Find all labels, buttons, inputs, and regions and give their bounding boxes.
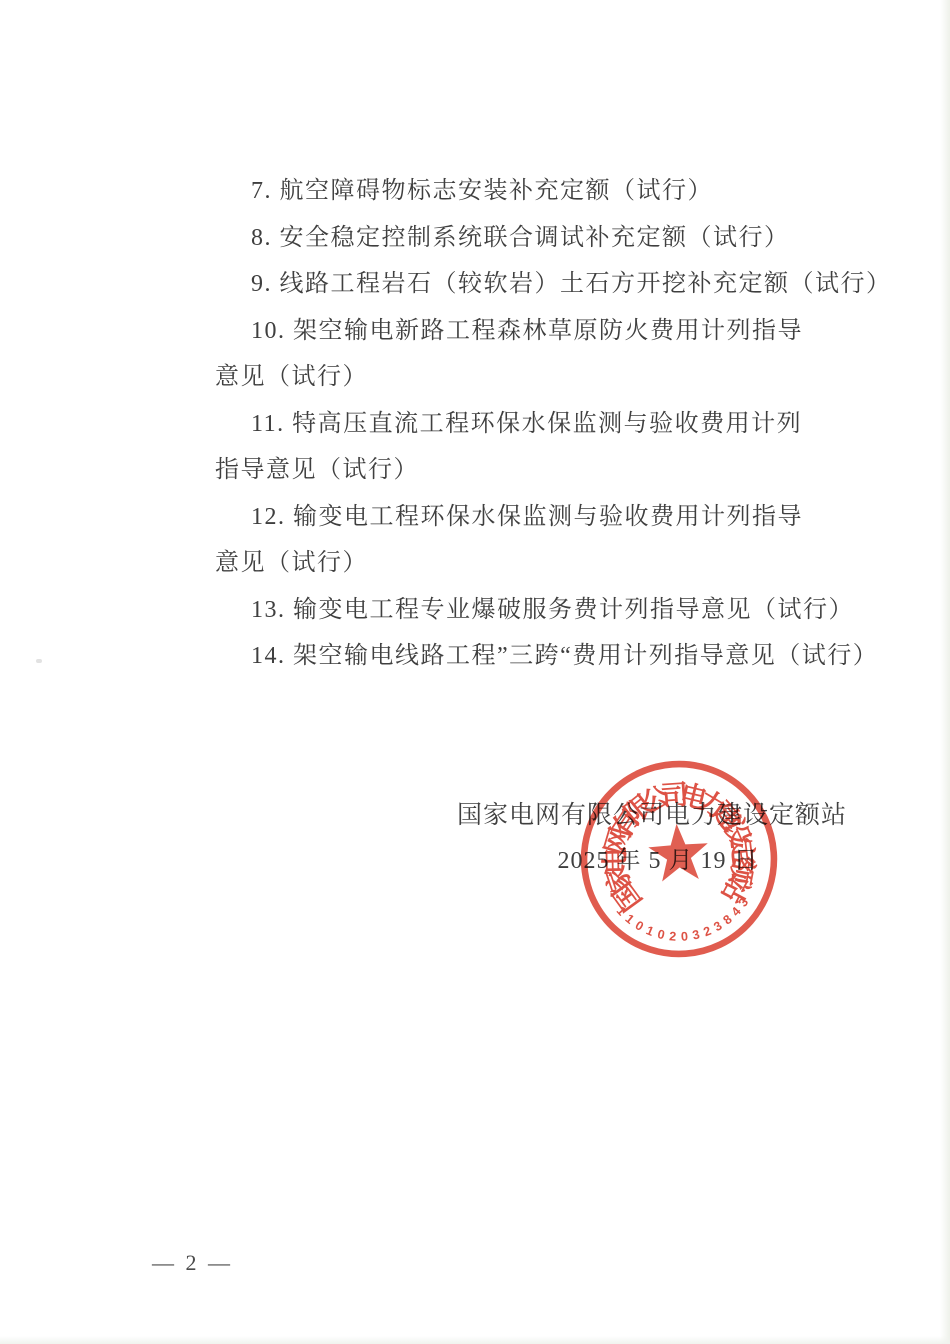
list-item-11: 11. 特高压直流工程环保水保监测与验收费用计列 指导意见（试行）: [215, 401, 910, 494]
svg-text:1: 1: [644, 923, 656, 939]
svg-text:1: 1: [614, 904, 629, 919]
svg-text:3: 3: [736, 896, 752, 910]
signature-org: 国家电网有限公司电力建设定额站: [457, 800, 847, 832]
list-item-8: 8. 安全稳定控制系统联合调试补充定额（试行）: [215, 215, 910, 262]
list-item-7: 7. 航空障碍物标志安装补充定额（试行）: [215, 168, 910, 215]
seal-serial: 1101020323843: [613, 895, 754, 948]
appendix-list: 7. 航空障碍物标志安装补充定额（试行） 8. 安全稳定控制系统联合调试补充定额…: [215, 168, 910, 680]
svg-text:2: 2: [701, 924, 713, 940]
signature-block: 国家电网有限公司电力建设定额站 2025 年 5 月 19 日: [457, 800, 847, 877]
svg-text:3: 3: [691, 927, 701, 942]
svg-text:国: 国: [607, 877, 647, 917]
svg-text:0: 0: [656, 927, 666, 942]
svg-text:4: 4: [729, 904, 744, 919]
svg-text:1: 1: [623, 912, 637, 927]
list-item-10: 10. 架空输电新路工程森林草原防火费用计列指导 意见（试行）: [215, 308, 910, 401]
scan-artifact-dot: [36, 659, 42, 663]
page-number: — 2 —: [152, 1250, 233, 1276]
list-item-12: 12. 输变电工程环保水保监测与验收费用计列指导 意见（试行）: [215, 494, 910, 587]
svg-text:3: 3: [711, 919, 724, 935]
svg-text:8: 8: [721, 912, 735, 927]
list-item-13: 13. 输变电工程专业爆破服务费计列指导意见（试行）: [215, 587, 910, 634]
scan-edge-right: [940, 0, 950, 1344]
scan-edge-bottom: [0, 1336, 950, 1344]
list-item-9: 9. 线路工程岩石（较软岩）土石方开挖补充定额（试行）: [215, 261, 910, 308]
list-item-14: 14. 架空输电线路工程”三跨“费用计列指导意见（试行）: [215, 633, 910, 680]
document-page: 7. 航空障碍物标志安装补充定额（试行） 8. 安全稳定控制系统联合调试补充定额…: [0, 0, 950, 1344]
svg-text:0: 0: [633, 918, 646, 934]
svg-text:2: 2: [669, 929, 677, 944]
signature-date: 2025 年 5 月 19 日: [463, 845, 853, 877]
svg-text:0: 0: [680, 929, 688, 943]
